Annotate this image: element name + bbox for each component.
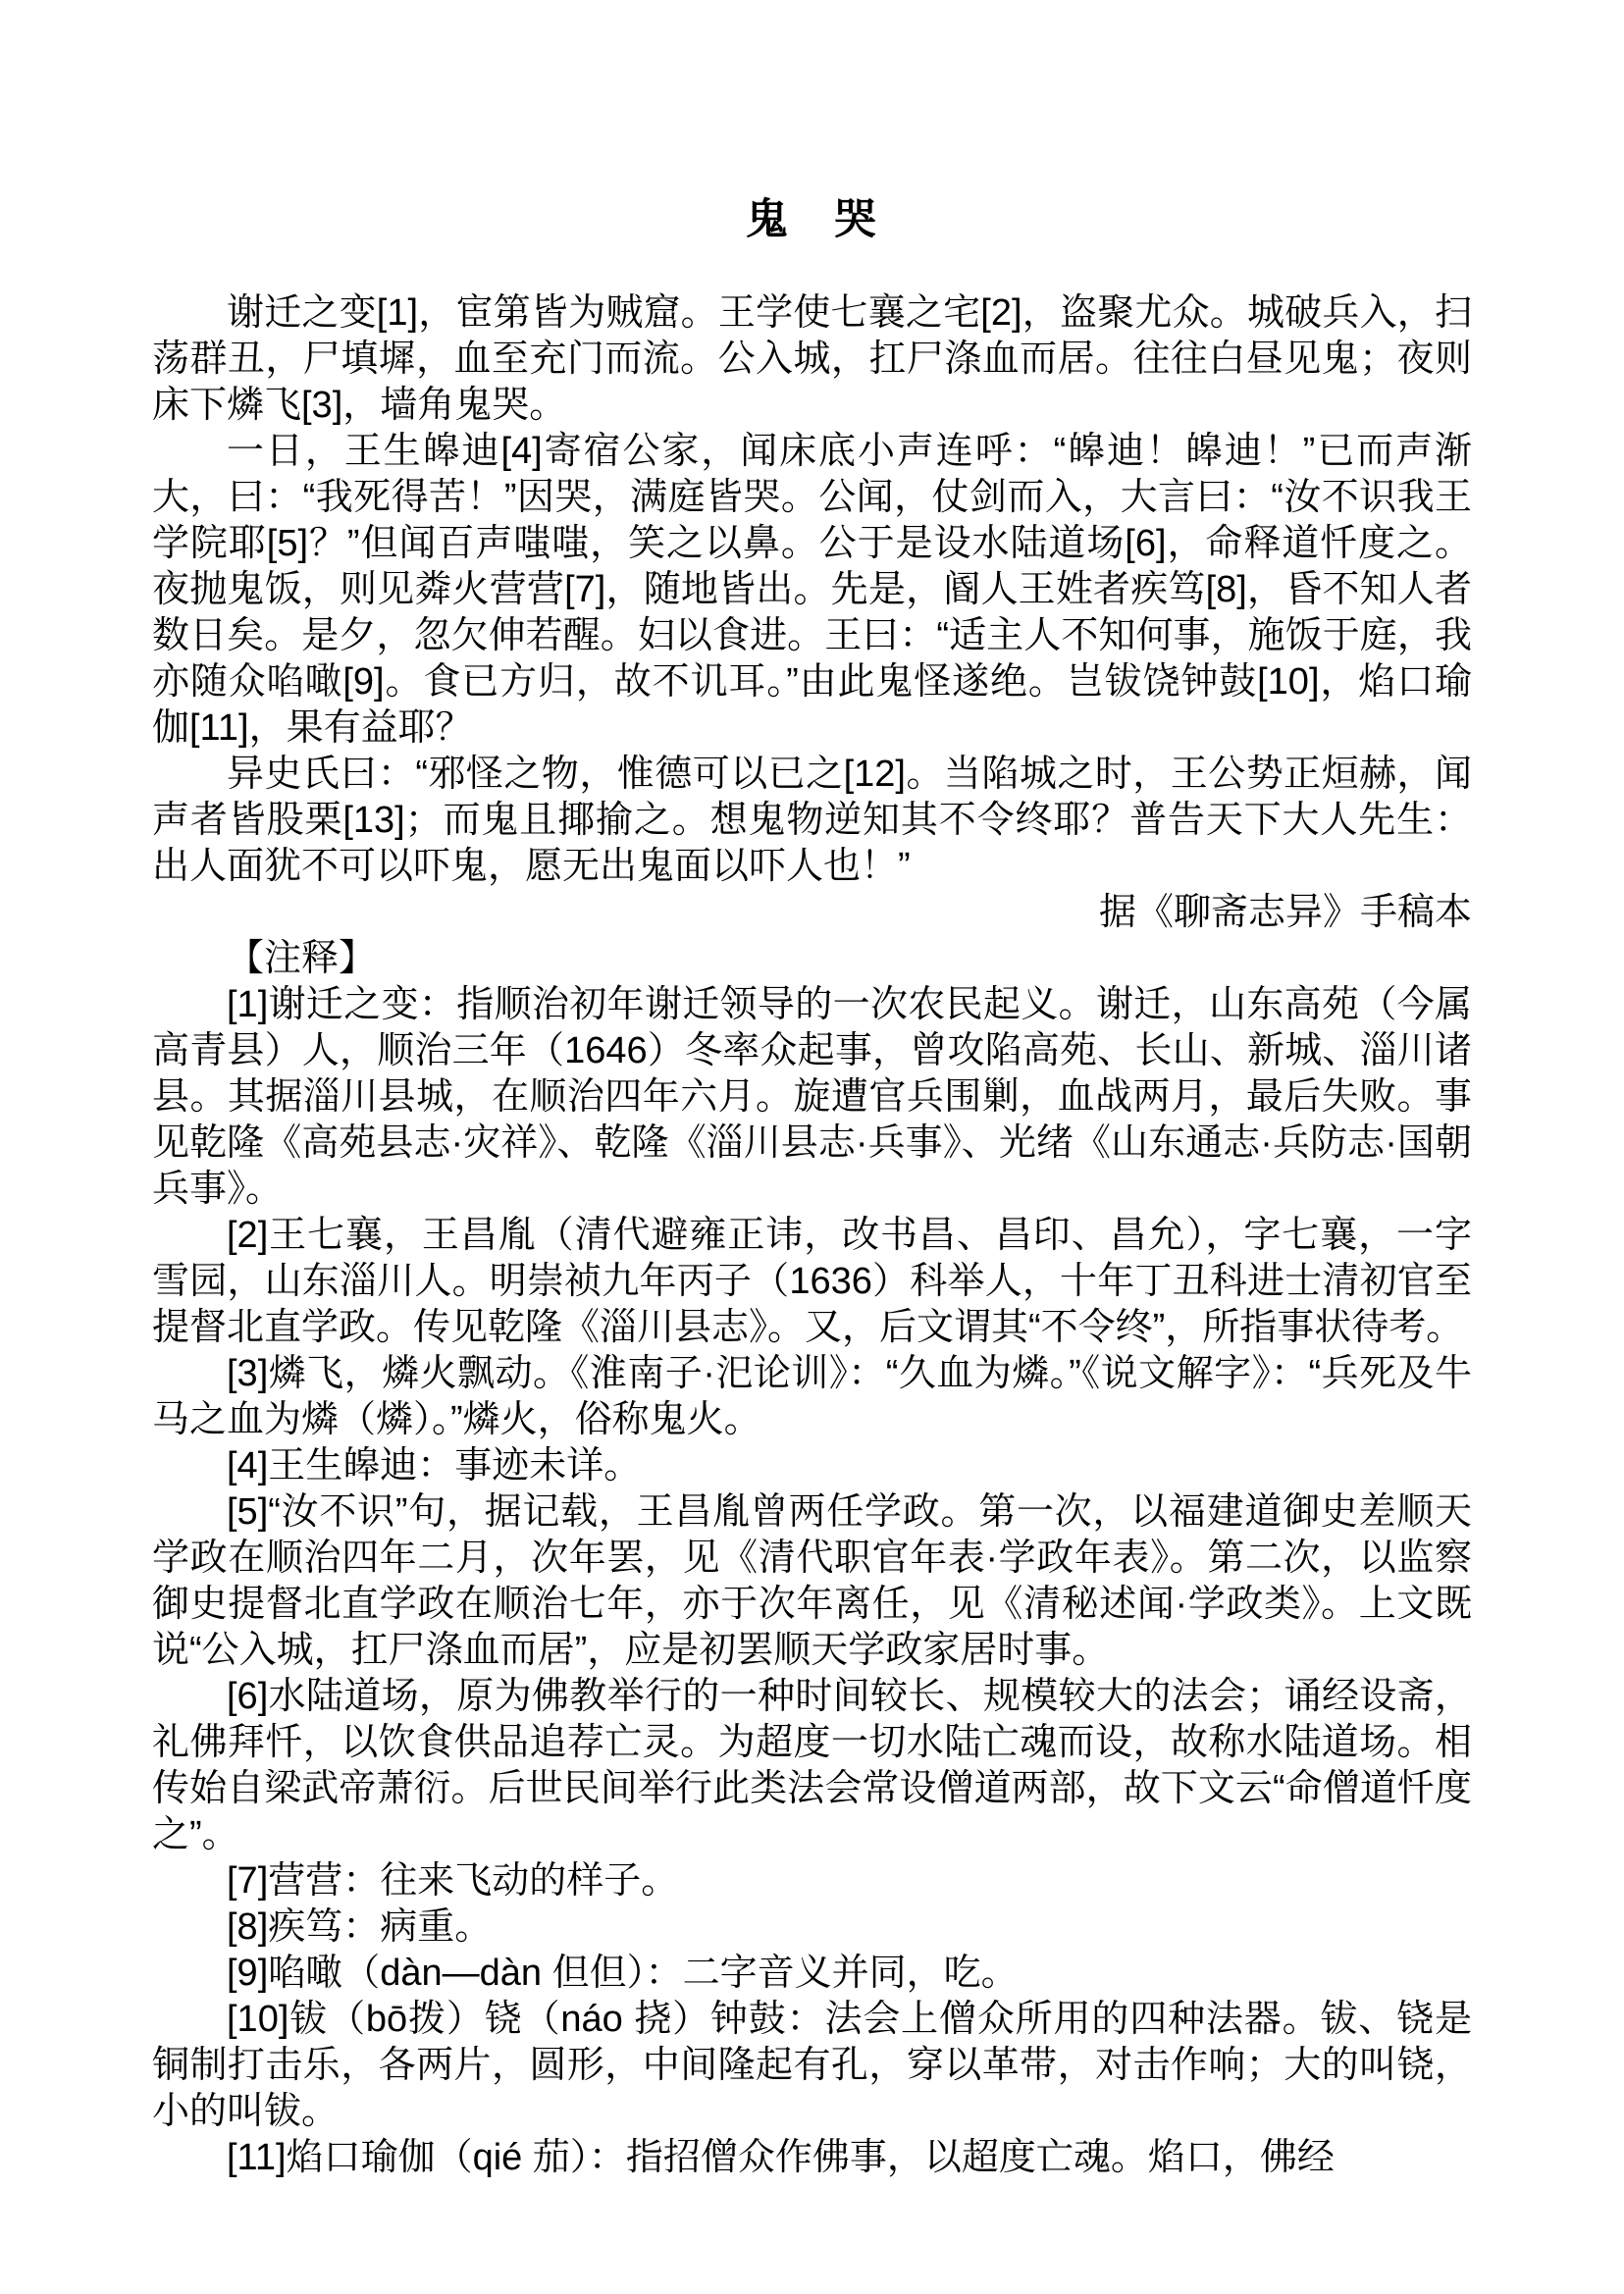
document-page: 鬼 哭 谢迁之变[1]，宦第皆为贼窟。王学使七襄之宅[2]，盗聚尤众。城破兵入，… (0, 0, 1624, 2294)
annotation-item-7: [7]营营：往来飞动的样子。 (152, 1858, 1472, 1904)
annotation-item-3: [3]燐飞，燐火飘动。《淮南子·汜论训》：“久血为燐。”《说文解字》：“兵死及牛… (152, 1351, 1472, 1443)
annotation-item-5: [5]“汝不识”句，据记载，王昌胤曾两任学政。第一次，以福建道御史差顺天学政在顺… (152, 1489, 1472, 1674)
annotation-item-9: [9]啗噉（dàn—dàn 但但）：二字音义并同，吃。 (152, 1951, 1472, 1997)
annotation-item-11: [11]焰口瑜伽（qié 茄）：指招僧众作佛事，以超度亡魂。焰口，佛经 (152, 2135, 1472, 2181)
annotation-item-2: [2]王七襄，王昌胤（清代避雍正讳，改书昌、昌印、昌允），字七襄，一字雪园，山东… (152, 1213, 1472, 1351)
annotation-item-6: [6]水陆道场，原为佛教举行的一种时间较长、规模较大的法会；诵经设斋，礼佛拜忏，… (152, 1674, 1472, 1858)
story-paragraph-3: 异史氏曰：“邪怪之物，惟德可以已之[12]。当陷城之时，王公势正烜赫，闻声者皆股… (152, 752, 1472, 890)
annotation-item-1: [1]谢迁之变：指顺治初年谢迁领导的一次农民起义。谢迁，山东高苑（今属高青县）人… (152, 982, 1472, 1213)
annotation-item-10: [10]钹（bō拨）铙（náo 挠）钟鼓：法会上僧众所用的四种法器。钹、铙是铜制… (152, 1997, 1472, 2135)
story-paragraph-2: 一日，王生皞迪[4]寄宿公家，闻床底小声连呼：“皞迪！皞迪！”已而声渐大，曰：“… (152, 429, 1472, 752)
story-paragraph-1: 谢迁之变[1]，宦第皆为贼窟。王学使七襄之宅[2]，盗聚尤众。城破兵入，扫荡群丑… (152, 290, 1472, 429)
annotation-item-8: [8]疾笃：病重。 (152, 1904, 1472, 1951)
annotations-header: 【注释】 (152, 936, 1472, 982)
document-title: 鬼 哭 (152, 199, 1472, 241)
source-attribution: 据《聊斋志异》手稿本 (152, 890, 1472, 936)
annotation-item-4: [4]王生皞迪：事迹未详。 (152, 1443, 1472, 1489)
